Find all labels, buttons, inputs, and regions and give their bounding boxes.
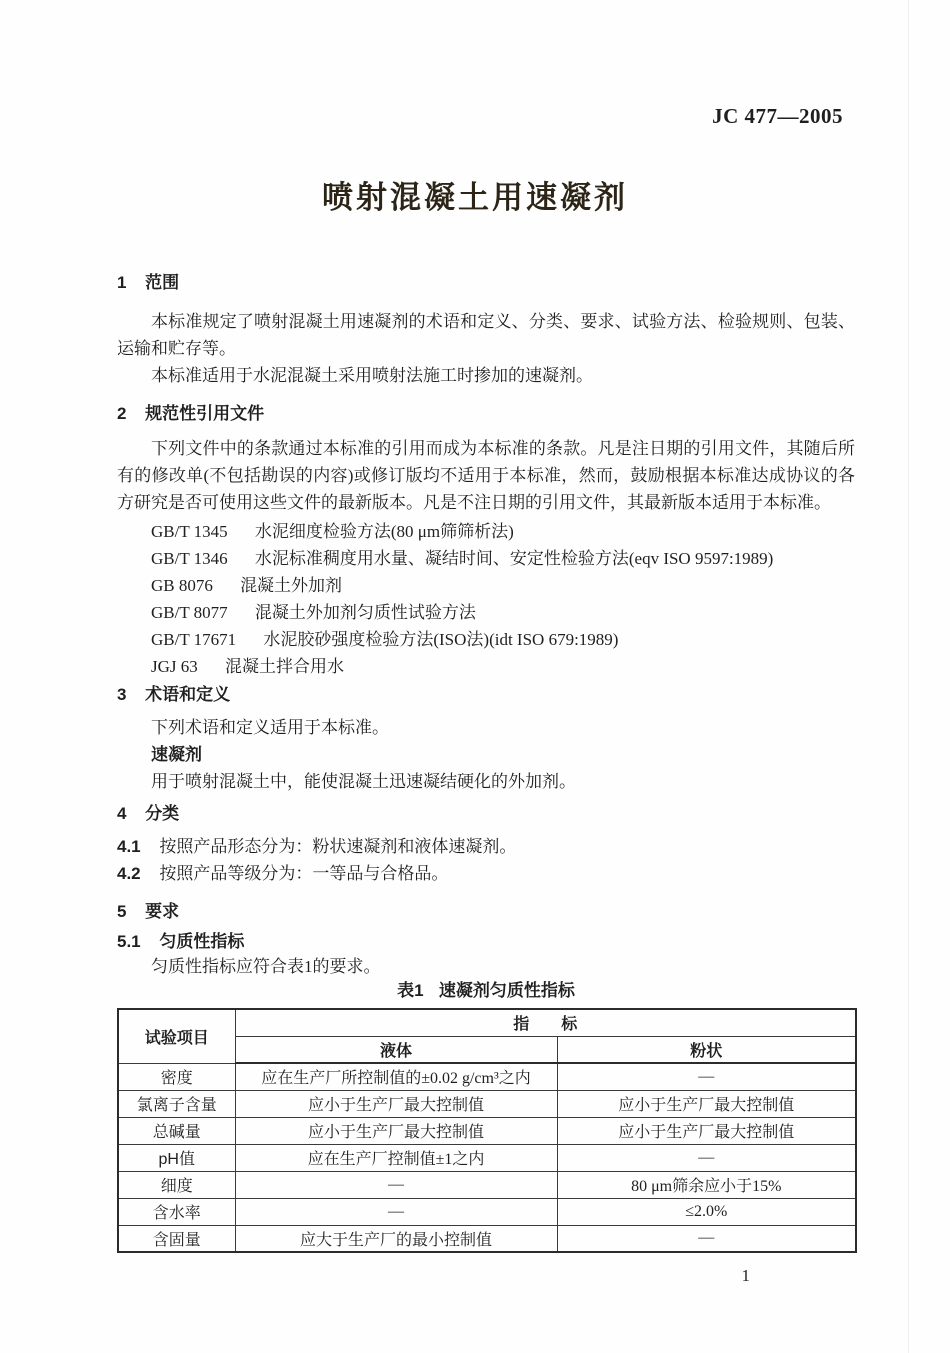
row-liquid-value: 应在生产厂控制值±1之内 [235,1144,557,1171]
clause-4-2: 4.2按照产品等级分为：一等品与合格品。 [117,860,855,887]
section-2-heading: 2规范性引用文件 [117,403,855,425]
term-label: 速凝剂 [117,741,855,768]
row-powder-value: 80 μm筛余应小于15% [557,1171,856,1198]
section-5-heading: 5要求 [117,901,855,923]
page-number: 1 [117,1265,750,1287]
row-liquid-value: — [235,1171,557,1198]
row-item: 含固量 [118,1225,235,1252]
clause-4-2-number: 4.2 [117,864,141,883]
table-header-liquid: 液体 [235,1036,557,1063]
reference-code: GB 8076 [151,576,213,595]
row-powder-value: 应小于生产厂最大控制值 [557,1090,856,1117]
section-5-title: 要求 [145,902,179,921]
row-liquid-value: — [235,1198,557,1225]
table-row: 含水率 — ≤2.0% [118,1198,856,1225]
row-liquid-value: 应小于生产厂最大控制值 [235,1117,557,1144]
section-3-number: 3 [117,685,126,704]
reference-title: 混凝土外加剂匀质性试验方法 [255,603,476,622]
section-3-title: 术语和定义 [145,685,230,704]
reference-item: GB/T 17671水泥胶砂强度检验方法(ISO法)(idt ISO 679:1… [117,626,855,653]
row-item: pH值 [118,1144,235,1171]
row-liquid-value: 应在生产厂所控制值的±0.02 g/cm³之内 [235,1063,557,1090]
reference-title: 水泥标准稠度用水量、凝结时间、安定性检验方法(eqv ISO 9597:1989… [255,549,773,568]
clause-5-1-title: 匀质性指标 [159,932,244,951]
section-2-number: 2 [117,404,126,423]
row-liquid-value: 应小于生产厂最大控制值 [235,1090,557,1117]
row-item: 氯离子含量 [118,1090,235,1117]
section-4-number: 4 [117,804,126,823]
standard-code: JC 477—2005 [0,104,843,128]
reference-code: GB/T 1345 [151,522,228,541]
section-1-number: 1 [117,273,126,292]
section-2-paragraph: 下列文件中的条款通过本标准的引用而成为本标准的条款。凡是注日期的引用文件，其随后… [117,435,855,516]
clause-4-1: 4.1按照产品形态分为：粉状速凝剂和液体速凝剂。 [117,833,855,860]
clause-5-1-heading: 5.1匀质性指标 [117,931,855,953]
section-5-number: 5 [117,902,126,921]
section-1-paragraph-1: 本标准规定了喷射混凝土用速凝剂的术语和定义、分类、要求、试验方法、检验规则、包装… [117,308,855,362]
reference-item: GB/T 8077混凝土外加剂匀质性试验方法 [117,599,855,626]
reference-title: 混凝土外加剂 [240,576,342,595]
table-header-index: 指 标 [235,1009,856,1036]
table-row: 含固量 应大于生产厂的最小控制值 — [118,1225,856,1252]
reference-code: GB/T 17671 [151,630,236,649]
reference-code: JGJ 63 [151,657,198,676]
section-2-title: 规范性引用文件 [145,404,264,423]
table-row: 密度 应在生产厂所控制值的±0.02 g/cm³之内 — [118,1063,856,1090]
table-row: 细度 — 80 μm筛余应小于15% [118,1171,856,1198]
section-3-heading: 3术语和定义 [117,684,855,706]
section-4-heading: 4分类 [117,803,855,825]
document-body: 1范围 本标准规定了喷射混凝土用速凝剂的术语和定义、分类、要求、试验方法、检验规… [117,272,855,1287]
section-1-title: 范围 [145,273,179,292]
table-caption: 表1速凝剂匀质性指标 [117,980,855,1002]
section-1-heading: 1范围 [117,272,855,294]
row-powder-value: 应小于生产厂最大控制值 [557,1117,856,1144]
row-powder-value: — [557,1225,856,1252]
row-powder-value: ≤2.0% [557,1198,856,1225]
row-liquid-value: 应大于生产厂的最小控制值 [235,1225,557,1252]
section-4-title: 分类 [145,804,179,823]
reference-title: 水泥细度检验方法(80 μm筛筛析法) [255,522,514,541]
section-3-paragraph: 下列术语和定义适用于本标准。 [117,714,855,741]
clause-5-1-paragraph: 匀质性指标应符合表1的要求。 [117,953,855,980]
clause-4-2-text: 按照产品等级分为：一等品与合格品。 [159,864,448,883]
table-row: 氯离子含量 应小于生产厂最大控制值 应小于生产厂最大控制值 [118,1090,856,1117]
table-header-item: 试验项目 [118,1009,235,1063]
table-header-row-1: 试验项目 指 标 [118,1009,856,1036]
reference-title: 混凝土拌合用水 [225,657,344,676]
reference-item: GB/T 1346水泥标准稠度用水量、凝结时间、安定性检验方法(eqv ISO … [117,545,855,572]
reference-title: 水泥胶砂强度检验方法(ISO法)(idt ISO 679:1989) [263,630,618,649]
reference-item: GB/T 1345水泥细度检验方法(80 μm筛筛析法) [117,518,855,545]
term-definition: 用于喷射混凝土中，能使混凝土迅速凝结硬化的外加剂。 [117,768,855,795]
reference-item: JGJ 63混凝土拌合用水 [117,653,855,680]
section-1-paragraph-2: 本标准适用于水泥混凝土采用喷射法施工时掺加的速凝剂。 [117,362,855,389]
row-item: 总碱量 [118,1117,235,1144]
table-header-powder: 粉状 [557,1036,856,1063]
row-item: 密度 [118,1063,235,1090]
document-title: 喷射混凝土用速凝剂 [0,176,950,220]
reference-code: GB/T 8077 [151,603,228,622]
row-item: 含水率 [118,1198,235,1225]
document-page: JC 477—2005 喷射混凝土用速凝剂 1范围 本标准规定了喷射混凝土用速凝… [0,0,950,1353]
row-powder-value: — [557,1063,856,1090]
clause-4-1-text: 按照产品形态分为：粉状速凝剂和液体速凝剂。 [159,837,516,856]
row-item: 细度 [118,1171,235,1198]
reference-code: GB/T 1346 [151,549,228,568]
clause-5-1-number: 5.1 [117,932,141,951]
table-caption-label: 表1 [397,981,423,1000]
table-row: 总碱量 应小于生产厂最大控制值 应小于生产厂最大控制值 [118,1117,856,1144]
table-1: 试验项目 指 标 液体 粉状 密度 应在生产厂所控制值的±0.02 g/cm³之… [117,1008,857,1253]
clause-4-1-number: 4.1 [117,837,141,856]
row-powder-value: — [557,1144,856,1171]
reference-item: GB 8076混凝土外加剂 [117,572,855,599]
table-row: pH值 应在生产厂控制值±1之内 — [118,1144,856,1171]
scan-artifact-line [908,0,909,1353]
table-caption-title: 速凝剂匀质性指标 [439,981,575,1000]
normative-references-list: GB/T 1345水泥细度检验方法(80 μm筛筛析法) GB/T 1346水泥… [117,518,855,680]
